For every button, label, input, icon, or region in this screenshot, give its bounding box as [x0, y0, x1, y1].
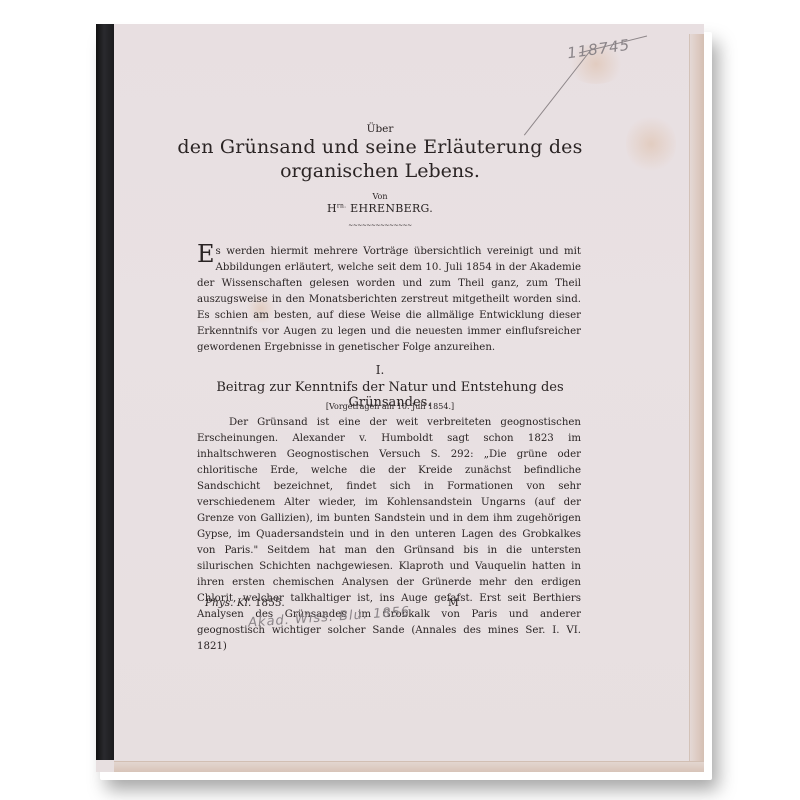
- title-line-1: den Grünsand und seine Erläuterung des: [140, 136, 620, 158]
- section-date-note: [Vorgetragen am 10. Juli 1854.]: [190, 402, 590, 411]
- author: Hrn. EHRENBERG.: [160, 202, 600, 215]
- intro-text: s werden hiermit mehrere Vorträge übersi…: [197, 246, 581, 353]
- section-number: I.: [160, 363, 600, 377]
- footer-class: Phys. Kl.: [205, 597, 251, 609]
- ornament-rule: ~~~~~~~~~~~~~~: [160, 222, 600, 229]
- byline-von: Von: [160, 192, 600, 201]
- author-name: EHRENBERG.: [346, 202, 433, 215]
- drop-cap: E: [197, 245, 215, 263]
- footer-signature-mark: M: [448, 597, 459, 609]
- foxing-stain: [626, 114, 676, 174]
- page-edge-right: [689, 34, 704, 772]
- intro-paragraph: Es werden hiermit mehrere Vorträge übers…: [197, 244, 581, 356]
- title-heading: Über: [160, 123, 600, 135]
- footer-class-year: Phys. Kl. 1855.: [205, 597, 285, 609]
- author-prefix: H: [327, 202, 337, 215]
- binding-spine: [96, 24, 114, 760]
- footer-year: 1855.: [251, 597, 284, 609]
- title-line-2: organischen Lebens.: [140, 160, 620, 182]
- page-edge-bottom: [114, 761, 704, 772]
- author-prefix-sup: rn.: [337, 202, 347, 209]
